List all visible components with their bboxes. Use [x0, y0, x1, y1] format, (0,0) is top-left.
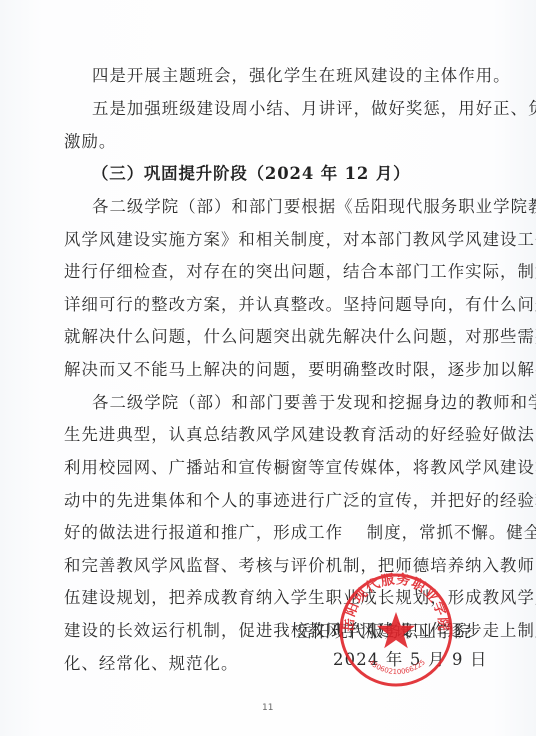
paragraph-line: 四是开展主题班会，强化学生在班风建设的主体作用。	[92, 66, 511, 86]
paragraph-line: 伍建设规划，把养成教育纳入学生职业成长规划，形成教风学风	[64, 588, 536, 608]
paragraph-line: 化、经常化、规范化。	[64, 654, 238, 674]
paragraph-line: 好的做法进行报道和推广，形成工作 制度，常抓不懈。健全	[64, 523, 536, 543]
paragraph-line: 动中的先进集体和个人的事迹进行广泛的宣传，并把好的经验和	[64, 491, 536, 511]
paragraph-line: 详细可行的整改方案，并认真整改。坚持问题导向，有什么问题	[64, 295, 536, 315]
paragraph-line: 各二级学院（部）和部门要善于发现和挖掘身边的教师和学	[92, 393, 536, 413]
paragraph-line: 利用校园网、广播站和宣传橱窗等宣传媒体，将教风学风建设活	[64, 458, 536, 478]
paragraph-line: 激励。	[64, 132, 116, 152]
svg-text:43060210066225: 43060210066225	[367, 658, 427, 676]
section-heading: （三）巩固提升阶段（2024 年 12 月）	[92, 164, 410, 184]
official-seal-icon: 岳阳现代服务职业学院 43060210066225	[338, 572, 454, 688]
paragraph-line: 生先进典型，认真总结教风学风建设教育活动的好经验好做法，	[64, 425, 536, 445]
paragraph-line: 进行仔细检查，对存在的突出问题，结合本部门工作实际，制定	[64, 262, 536, 282]
paragraph-line: 风学风建设实施方案》和相关制度，对本部门教风学风建设工作	[64, 230, 536, 250]
paragraph-line: 五是加强班级建设周小结、月讲评，做好奖惩，用好正、负	[92, 99, 536, 119]
paragraph-line: 就解决什么问题，什么问题突出就先解决什么问题，对那些需要	[64, 327, 536, 347]
paragraph-line: 各二级学院（部）和部门要根据《岳阳现代服务职业学院教	[92, 197, 536, 217]
document-page: 四是开展主题班会，强化学生在班风建设的主体作用。 五是加强班级建设周小结、月讲评…	[0, 0, 536, 736]
paragraph-line: 解决而又不能马上解决的问题，要明确整改时限，逐步加以解决。	[64, 360, 536, 380]
page-number: 11	[262, 703, 273, 713]
paragraph-line: 和完善教风学风监督、考核与评价机制，把师德培养纳入教师队	[64, 556, 536, 576]
